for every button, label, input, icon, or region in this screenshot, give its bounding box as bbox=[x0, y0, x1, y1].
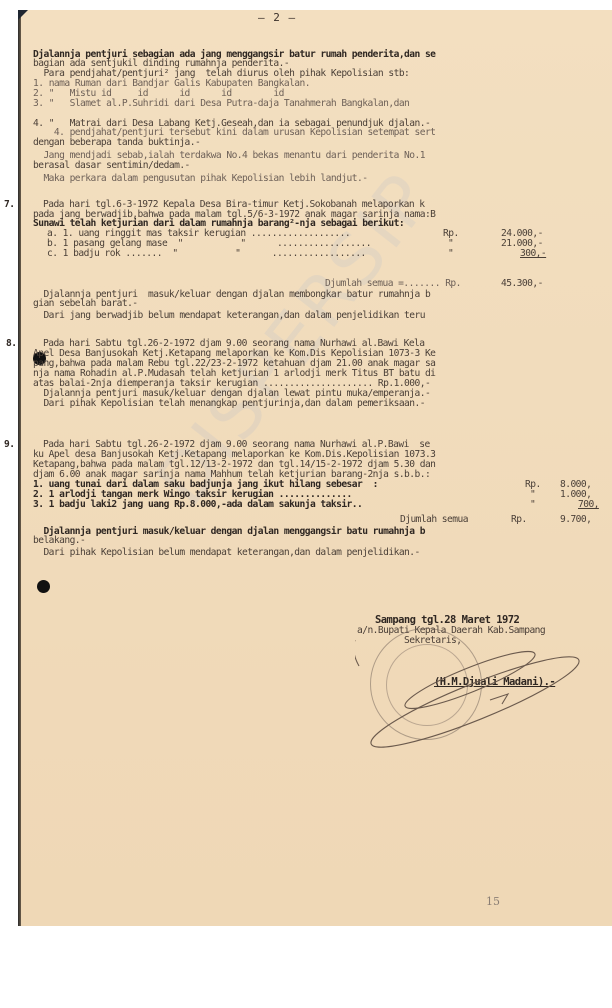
loss-item: 1. uang tunai dari dalam saku badjunja j… bbox=[33, 480, 378, 489]
text-line: Dari pihak Kepolisian telah menangkap pe… bbox=[33, 399, 425, 408]
pencil-page-mark: 15 bbox=[486, 895, 500, 908]
loss-item: 3. 1 badju laki2 jang uang Rp.8.000,-ada… bbox=[33, 500, 362, 509]
loss-amount: 8.000, bbox=[560, 480, 591, 489]
text-line: Pada hari Sabtu tgl.26-2-1972 djam 9.00 … bbox=[43, 339, 425, 348]
text-line: berasal dasar sentimin/dedam.- bbox=[33, 161, 190, 170]
loss-amount: 1.000, bbox=[560, 490, 591, 499]
text-line: Pada hari Sabtu tgl.26-2-1972 djam 9.00 … bbox=[43, 440, 430, 449]
text-line: Djalannja pentjuri masuk/keluar dengan d… bbox=[33, 527, 425, 536]
loss-item: c. 1 badju rok ....... " " .............… bbox=[47, 249, 366, 258]
loss-amount: 300,- bbox=[520, 249, 546, 258]
text-line: Apel Desa Banjusokah Ketj.Ketapang melap… bbox=[33, 349, 435, 358]
text-line: Ketapang,bahwa pada malam tgl.12/13-2-19… bbox=[33, 460, 435, 469]
text-line: Djalannja pentjuri masuk/keluar dengan d… bbox=[33, 389, 430, 398]
total-amount: 9.700, bbox=[560, 515, 591, 524]
suspect-item: 1. nama Ruman dari Bandjar Galis Kabupat… bbox=[33, 79, 310, 88]
loss-item: b. 1 pasang gelang mase " " ............… bbox=[47, 239, 371, 248]
document-text: — 2 — Djalannja pentjuri sebagian ada ja… bbox=[33, 0, 612, 736]
loss-item: 2. 1 arlodji tangan merk Wingo taksir ke… bbox=[33, 490, 352, 499]
text-line: Dari jang berwadjib belum mendapat keter… bbox=[33, 311, 425, 320]
text-line: djam 6.00 anak magar sarinja nama Mahhum… bbox=[33, 470, 430, 479]
text-line: dengan beberapa tanda buktinja.- bbox=[33, 138, 200, 147]
text-line: nja nama Rohadin al.P.Mudasah telah ketj… bbox=[33, 369, 435, 378]
loss-currency: " bbox=[448, 249, 453, 258]
text-line: Maka perkara dalam pengusutan pihak Kepo… bbox=[33, 174, 367, 183]
text-line: Pada hari tgl.6-3-1972 Kepala Desa Bira-… bbox=[43, 200, 425, 209]
total-amount: 45.300,- bbox=[501, 279, 543, 288]
total-label: Djumlah semua =....... Rp. bbox=[325, 279, 461, 288]
suspect-item: 3. " Slamet al.P.Suhridi dari Desa Putra… bbox=[33, 99, 409, 108]
loss-amount: 700, bbox=[578, 500, 599, 509]
text-line: pang,bahwa pada malam Rebu tgl.22/23-2-1… bbox=[33, 359, 435, 368]
total-label: Djumlah semua bbox=[400, 515, 468, 524]
text-line: 4. pendjahat/pentjuri tersebut kini dala… bbox=[33, 128, 435, 137]
case-number: 7. bbox=[4, 200, 14, 209]
text-line: atas balai-2nja diemperanja taksir kerug… bbox=[33, 379, 430, 388]
text-line: bagian ada sentjukil dinding rumahnja pe… bbox=[33, 59, 289, 68]
handwritten-signature bbox=[355, 640, 595, 750]
text-line: Jang mendjadi sebab,ialah terdakwa No.4 … bbox=[33, 151, 425, 160]
loss-amount: 24.000,- bbox=[501, 229, 543, 238]
total-currency: Rp. bbox=[511, 515, 527, 524]
text-line: ku Apel desa Banjusokah Ketj.Ketapang me… bbox=[33, 450, 435, 459]
suspect-item: 2. " Mistu id id id id id bbox=[33, 89, 284, 98]
place-date: Sampang tgl.28 Maret 1972 bbox=[375, 616, 519, 625]
text-line: Sunawi telah ketjurian dari dalam rumahn… bbox=[33, 219, 404, 228]
case-number: 9. bbox=[4, 440, 14, 449]
loss-amount: 21.000,- bbox=[501, 239, 543, 248]
loss-currency: " bbox=[530, 500, 535, 509]
text-line: belakang.- bbox=[33, 536, 85, 545]
loss-currency: " bbox=[448, 239, 453, 248]
page-number: — 2 — bbox=[258, 13, 296, 22]
loss-item: a. 1. uang ringgit mas taksir kerugian .… bbox=[47, 229, 350, 238]
case-number: 8. bbox=[6, 339, 16, 348]
text-line: Para pendjahat/pentjuri² jang telah diur… bbox=[33, 69, 409, 78]
loss-currency: Rp. bbox=[525, 480, 541, 489]
text-line: gian sebelah barat.- bbox=[33, 299, 138, 308]
loss-currency: Rp. bbox=[443, 229, 459, 238]
page-edge-shadow bbox=[18, 10, 21, 926]
text-line: Dari pihak Kepolisian belum mendapat ket… bbox=[33, 548, 420, 557]
loss-currency: " bbox=[530, 490, 535, 499]
